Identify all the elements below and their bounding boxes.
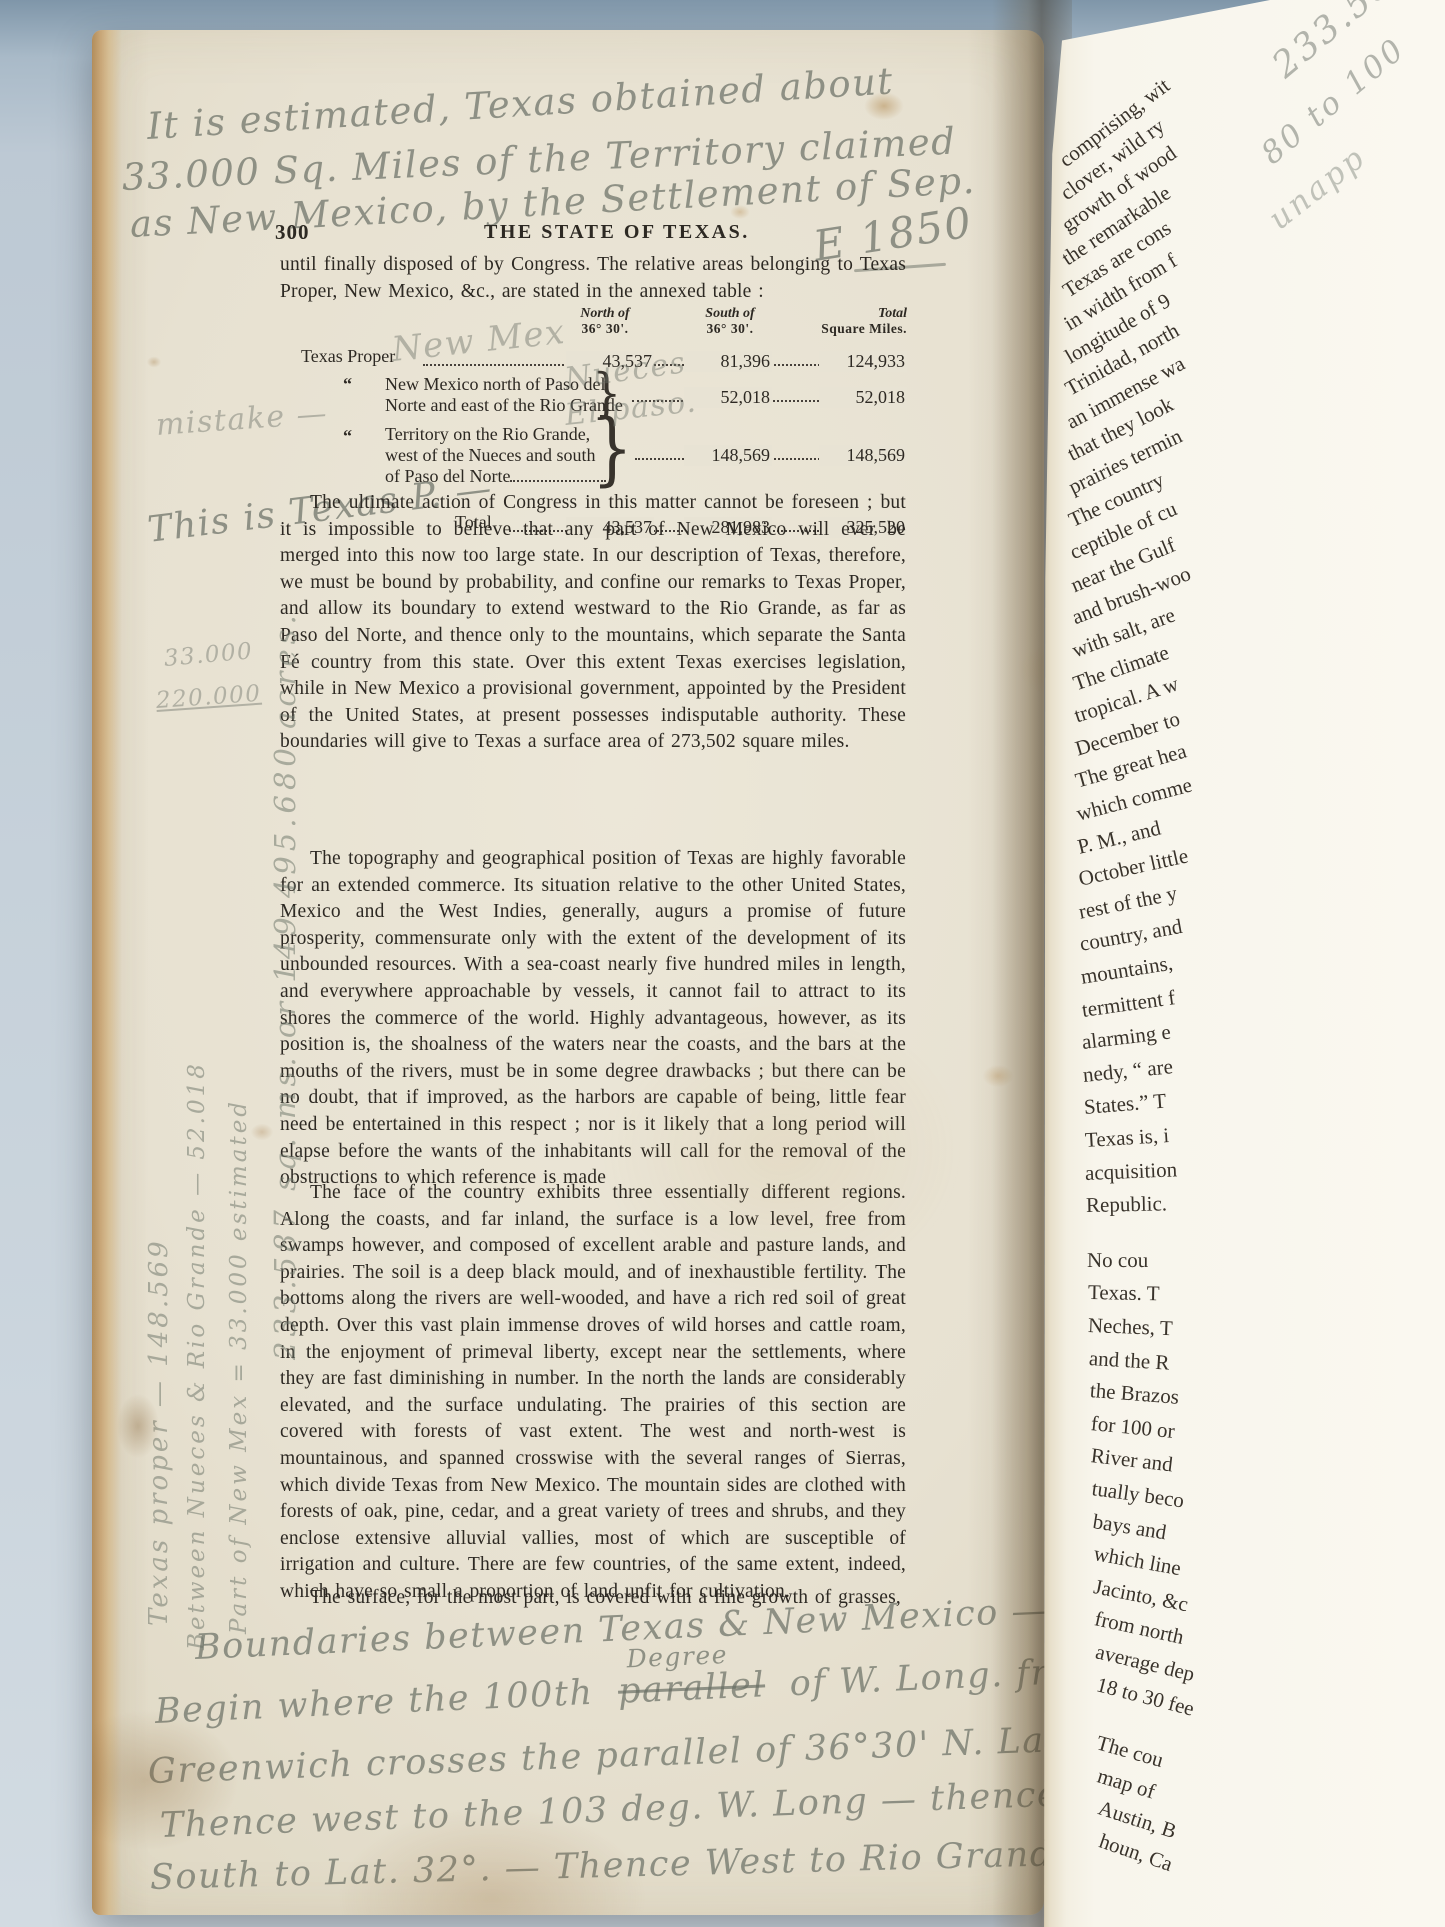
running-title: THE STATE OF TEXAS. [484, 221, 750, 244]
row-label: Texas Proper [301, 346, 395, 367]
right-book-page: 233.58 80 to 100 unapp comprising, witcl… [1038, 0, 1445, 1927]
body-paragraph-1: The ultimate action of Congress in this … [280, 490, 906, 756]
cell-total: 148,569 [819, 445, 907, 466]
table-header-north-l1: North of [580, 306, 629, 321]
intro-paragraph: until finally disposed of by Congress. T… [280, 252, 906, 305]
margin-note-total-acres: 233.587 sq. ms. or 149.495.680 acres. [268, 610, 302, 1360]
ditto-mark: “ [343, 426, 352, 447]
right-page-text-line: No cou [1087, 1248, 1148, 1273]
bottom-line2-pre: Begin where the 100th [154, 1673, 594, 1732]
right-page-text-line: for 100 or [1089, 1411, 1175, 1444]
table-header-north-l2: 36° 30'. [555, 321, 655, 336]
pencil-number-220000: 220.000 [155, 681, 262, 714]
table-header-north: North of 36° 30'. [555, 306, 655, 336]
left-book-page: It is estimated, Texas obtained about 33… [92, 30, 1044, 1915]
cell-total: 124,933 [819, 351, 907, 372]
table-header-south-l1: South of [705, 306, 754, 321]
right-page-text-line: States.” T [1083, 1089, 1167, 1120]
torn-page-edge [92, 30, 122, 1915]
correction-word: Degree [626, 1640, 729, 1673]
book-photo: { "left_page": { "pencil_top": { "line1"… [0, 0, 1445, 1927]
cell-south: 148,569 [684, 445, 772, 466]
right-page-text-line: Neches, T [1088, 1313, 1174, 1341]
right-page-text-line: Texas. T [1087, 1280, 1159, 1306]
body-paragraph-2: The topography and geographical position… [280, 846, 906, 1192]
right-page-text-line: acquisition [1085, 1157, 1178, 1186]
body-paragraph-3: The face of the country exhibits three e… [280, 1180, 906, 1606]
table-header-total-l1: Total [878, 306, 907, 321]
right-page-text-line: the Brazos [1089, 1378, 1180, 1410]
right-page-text-line: alarming e [1081, 1020, 1173, 1055]
cell-south: 81,396 [684, 351, 772, 372]
row-label-line: west of the Nueces and south [385, 445, 606, 466]
margin-note-between-nueces: Between Nueces & Rio Grande — 52.018 [184, 1061, 210, 1650]
right-page-text-line: River and [1090, 1443, 1175, 1477]
right-page-text-line: Republic. [1086, 1192, 1168, 1219]
margin-note-part-of-new-mex: Part of New Mex = 33.000 estimated [226, 1099, 252, 1634]
ditto-mark: “ [343, 374, 352, 395]
table-header-south: South of 36° 30'. [680, 306, 780, 336]
pencil-number-33000: 33.000 [163, 638, 254, 672]
right-page-text-line: mountains, [1079, 951, 1175, 990]
table-header-total: Total Square Miles. [787, 306, 907, 336]
margin-note-texas-proper: Texas proper — 148.569 [144, 1238, 174, 1626]
right-page-text-line: Texas is, i [1084, 1123, 1170, 1153]
right-page-text-line: tually beco [1090, 1476, 1185, 1513]
table-header-south-l2: 36° 30'. [680, 321, 780, 336]
bottom-line2-corrected-word: parallel Degree [617, 1665, 778, 1712]
right-page-text-line: nedy, “ are [1082, 1054, 1174, 1088]
table-header-total-l2: Square Miles. [787, 321, 907, 336]
pencil-note-bottom-line5: South to Lat. 32°. — Thence West to Rio … [149, 1832, 1125, 1898]
cell-total: 52,018 [819, 387, 907, 408]
right-page-text-line: termittent f [1080, 985, 1176, 1023]
page-number: 300 [275, 220, 310, 245]
right-page-text-line: bays and [1091, 1509, 1168, 1545]
right-page-text-line: and the R [1088, 1346, 1170, 1376]
